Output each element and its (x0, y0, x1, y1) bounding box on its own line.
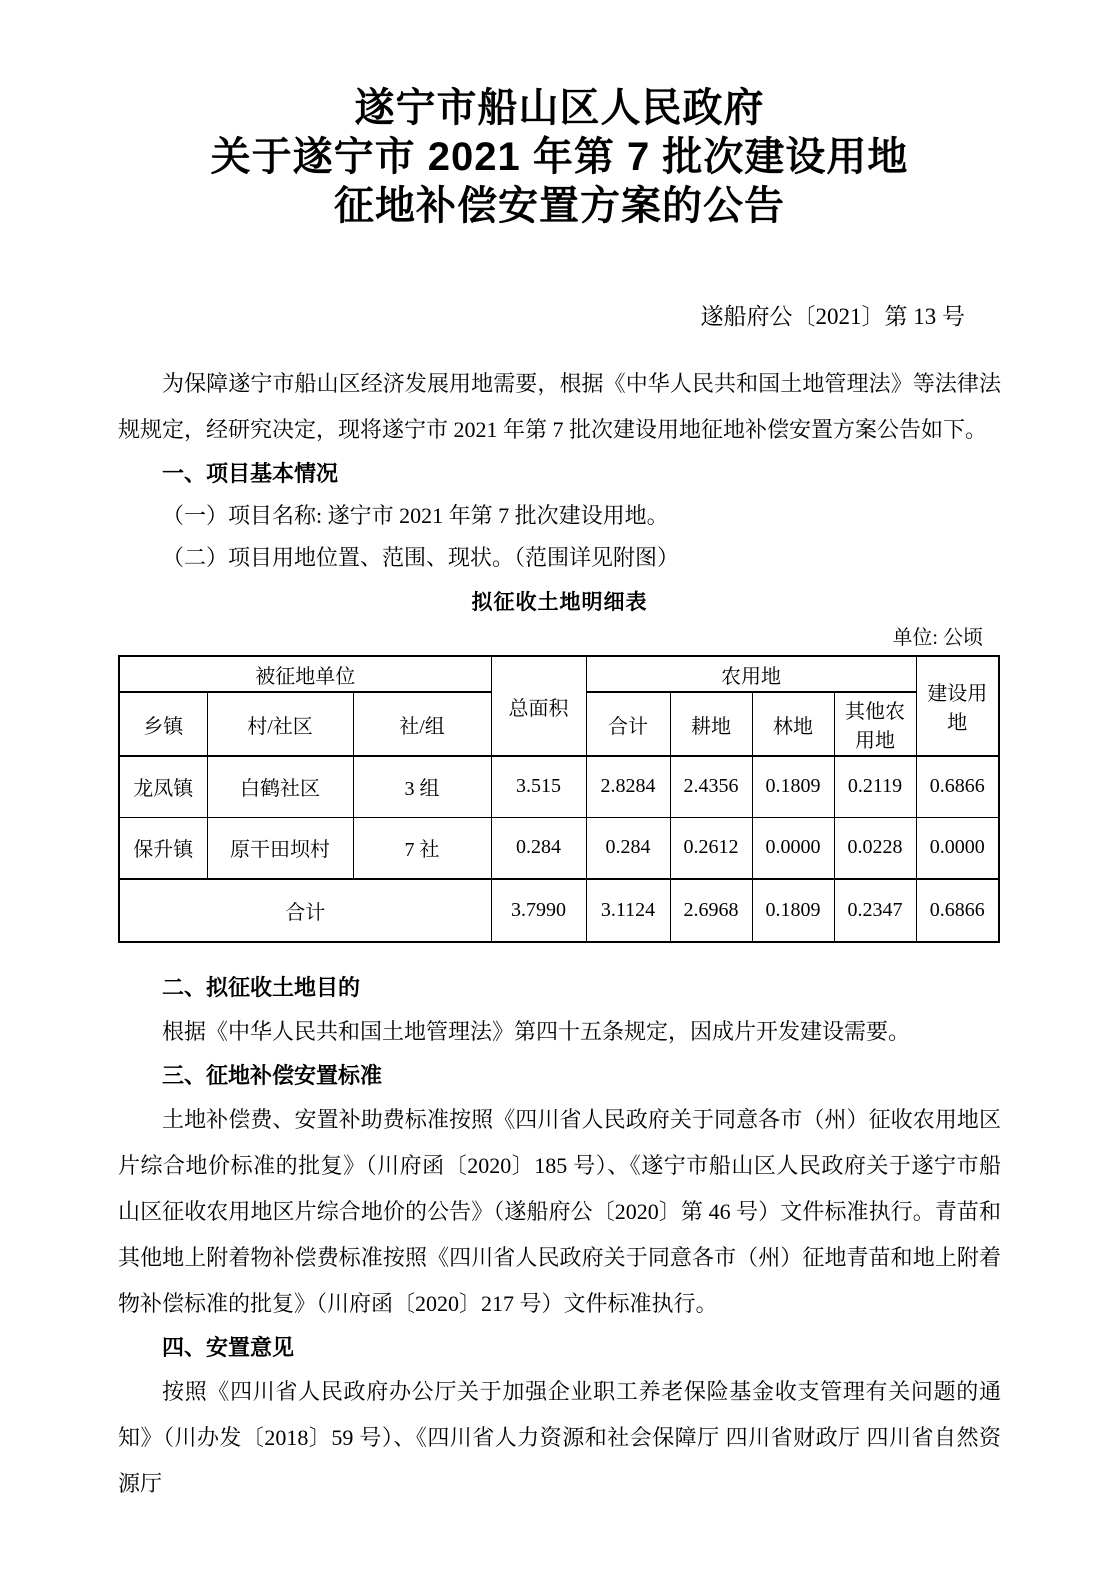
cell-cultivated: 0.2612 (670, 817, 752, 879)
col-header-cultivated: 耕地 (670, 692, 752, 756)
project-name-item: （一）项目名称: 遂宁市 2021 年第 7 批次建设用地。 (118, 495, 1001, 537)
document-page: 遂宁市船山区人民政府 关于遂宁市 2021 年第 7 批次建设用地 征地补偿安置… (0, 0, 1118, 1583)
table-header-row-1: 被征地单位 总面积 农用地 建设用地 (119, 656, 999, 692)
cell-group: 7 社 (353, 817, 491, 879)
cell-construction: 0.0000 (916, 817, 999, 879)
cell-village: 白鹤社区 (207, 756, 353, 817)
table-row: 龙凤镇 白鹤社区 3 组 3.515 2.8284 2.4356 0.1809 … (119, 756, 999, 817)
table-unit-label: 单位: 公顷 (118, 623, 1001, 653)
cell-agri-subtotal: 2.8284 (586, 756, 670, 817)
col-header-village: 村/社区 (207, 692, 353, 756)
section4-heading: 四、安置意见 (118, 1327, 1001, 1369)
section3-heading: 三、征地补偿安置标准 (118, 1055, 1001, 1097)
cell-cultivated: 2.4356 (670, 756, 752, 817)
title-line-1: 遂宁市船山区人民政府 (118, 84, 1001, 133)
section2-heading: 二、拟征收土地目的 (118, 967, 1001, 1009)
cell-total-area: 3.515 (491, 756, 586, 817)
cell-other-agri: 0.2119 (834, 756, 916, 817)
cell-forest: 0.0000 (752, 817, 834, 879)
col-header-construction-land: 建设用地 (916, 656, 999, 756)
cell-total-area: 3.7990 (491, 879, 586, 942)
col-header-agricultural-land: 农用地 (586, 656, 916, 692)
section1-heading: 一、项目基本情况 (118, 453, 1001, 495)
cell-agri-subtotal: 3.1124 (586, 879, 670, 942)
cell-forest: 0.1809 (752, 879, 834, 942)
intro-paragraph: 为保障遂宁市船山区经济发展用地需要，根据《中华人民共和国土地管理法》等法律法规规… (118, 361, 1001, 453)
col-header-township: 乡镇 (119, 692, 207, 756)
land-expropriation-table: 被征地单位 总面积 农用地 建设用地 乡镇 村/社区 社/组 合计 耕地 林地 … (118, 655, 1000, 943)
project-location-item: （二）项目用地位置、范围、现状。（范围详见附图） (118, 537, 1001, 579)
land-table-title: 拟征收土地明细表 (118, 583, 1001, 623)
col-header-other-agri: 其他农用地 (834, 692, 916, 756)
cell-township: 龙凤镇 (119, 756, 207, 817)
section4-body: 按照《四川省人民政府办公厅关于加强企业职工养老保险基金收支管理有关问题的通知》（… (118, 1369, 1001, 1507)
cell-township: 保升镇 (119, 817, 207, 879)
col-header-forest: 林地 (752, 692, 834, 756)
section3-body: 土地补偿费、安置补助费标准按照《四川省人民政府关于同意各市（州）征收农用地区片综… (118, 1097, 1001, 1327)
col-header-group: 社/组 (353, 692, 491, 756)
title-line-3: 征地补偿安置方案的公告 (118, 182, 1001, 231)
title-line-2: 关于遂宁市 2021 年第 7 批次建设用地 (118, 133, 1001, 182)
col-header-agri-subtotal: 合计 (586, 692, 670, 756)
table-row: 保升镇 原干田坝村 7 社 0.284 0.284 0.2612 0.0000 … (119, 817, 999, 879)
col-header-total-area: 总面积 (491, 656, 586, 756)
cell-total-label: 合计 (119, 879, 491, 942)
table-total-row: 合计 3.7990 3.1124 2.6968 0.1809 0.2347 0.… (119, 879, 999, 942)
document-number: 遂船府公〔2021〕第 13 号 (118, 301, 1001, 333)
cell-other-agri: 0.2347 (834, 879, 916, 942)
col-header-expropriated-unit: 被征地单位 (119, 656, 491, 692)
cell-cultivated: 2.6968 (670, 879, 752, 942)
cell-other-agri: 0.0228 (834, 817, 916, 879)
cell-village: 原干田坝村 (207, 817, 353, 879)
cell-total-area: 0.284 (491, 817, 586, 879)
cell-construction: 0.6866 (916, 756, 999, 817)
document-title: 遂宁市船山区人民政府 关于遂宁市 2021 年第 7 批次建设用地 征地补偿安置… (118, 84, 1001, 231)
section2-body: 根据《中华人民共和国土地管理法》第四十五条规定，因成片开发建设需要。 (118, 1009, 1001, 1055)
cell-group: 3 组 (353, 756, 491, 817)
cell-forest: 0.1809 (752, 756, 834, 817)
cell-agri-subtotal: 0.284 (586, 817, 670, 879)
cell-construction: 0.6866 (916, 879, 999, 942)
